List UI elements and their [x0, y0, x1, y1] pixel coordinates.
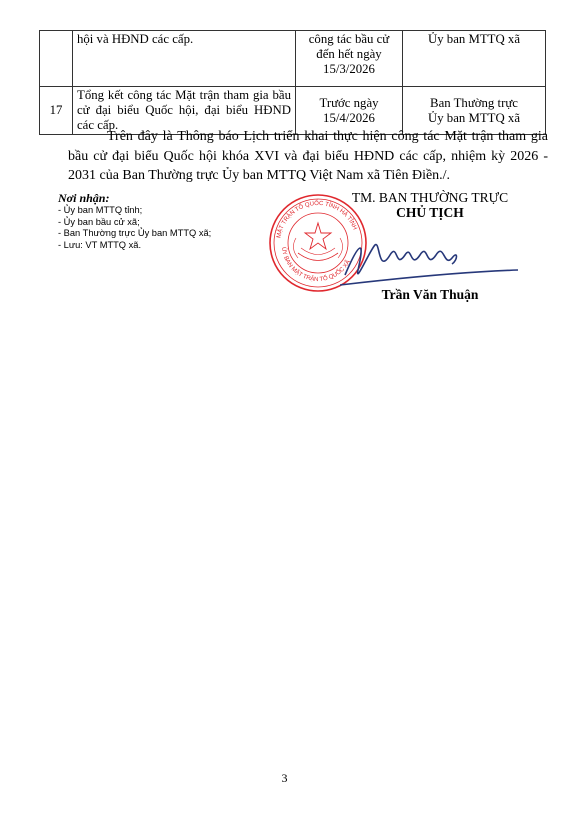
closing-text: Trên đây là Thông báo Lịch triển khai th…	[68, 129, 548, 183]
schedule-table: hội và HĐND các cấp. công tác bầu cử đến…	[39, 30, 546, 135]
time-line: đến hết ngày	[300, 47, 398, 62]
time-line: 15/4/2026	[300, 111, 398, 126]
signatory-title: TM. BAN THƯỜNG TRỰC	[300, 190, 560, 205]
responsible-line: Ủy ban MTTQ xã	[407, 32, 541, 47]
closing-paragraph: Trên đây là Thông báo Lịch triển khai th…	[68, 127, 548, 186]
handwritten-signature-icon	[340, 230, 520, 290]
recipients-heading: Nơi nhận:	[58, 191, 211, 205]
document-page: hội và HĐND các cấp. công tác bầu cử đến…	[0, 0, 569, 814]
time-line: công tác bầu cử	[300, 32, 398, 47]
responsible-line: Ban Thường trực	[407, 96, 541, 111]
time-cell: công tác bầu cử đến hết ngày 15/3/2026	[296, 31, 403, 87]
recipient-item: - Ủy ban bầu cử xã;	[58, 217, 211, 229]
recipient-item: - Lưu: VT MTTQ xã.	[58, 240, 211, 252]
row-number	[40, 31, 73, 87]
signatory-position: CHỦ TỊCH	[300, 205, 560, 220]
page-number: 3	[0, 771, 569, 786]
recipients-block: Nơi nhận: - Ủy ban MTTQ tỉnh; - Ủy ban b…	[58, 191, 211, 251]
responsible-line: Ủy ban MTTQ xã	[407, 111, 541, 126]
time-line: 15/3/2026	[300, 62, 398, 77]
recipient-item: - Ủy ban MTTQ tỉnh;	[58, 205, 211, 217]
task-cell: hội và HĐND các cấp.	[73, 31, 296, 87]
responsible-cell: Ủy ban MTTQ xã	[403, 31, 546, 87]
signature-block: TM. BAN THƯỜNG TRỰC CHỦ TỊCH Trần Văn Th…	[300, 190, 560, 220]
table-row: hội và HĐND các cấp. công tác bầu cử đến…	[40, 31, 546, 87]
time-line: Trước ngày	[300, 96, 398, 111]
recipient-item: - Ban Thường trực Ủy ban MTTQ xã;	[58, 228, 211, 240]
